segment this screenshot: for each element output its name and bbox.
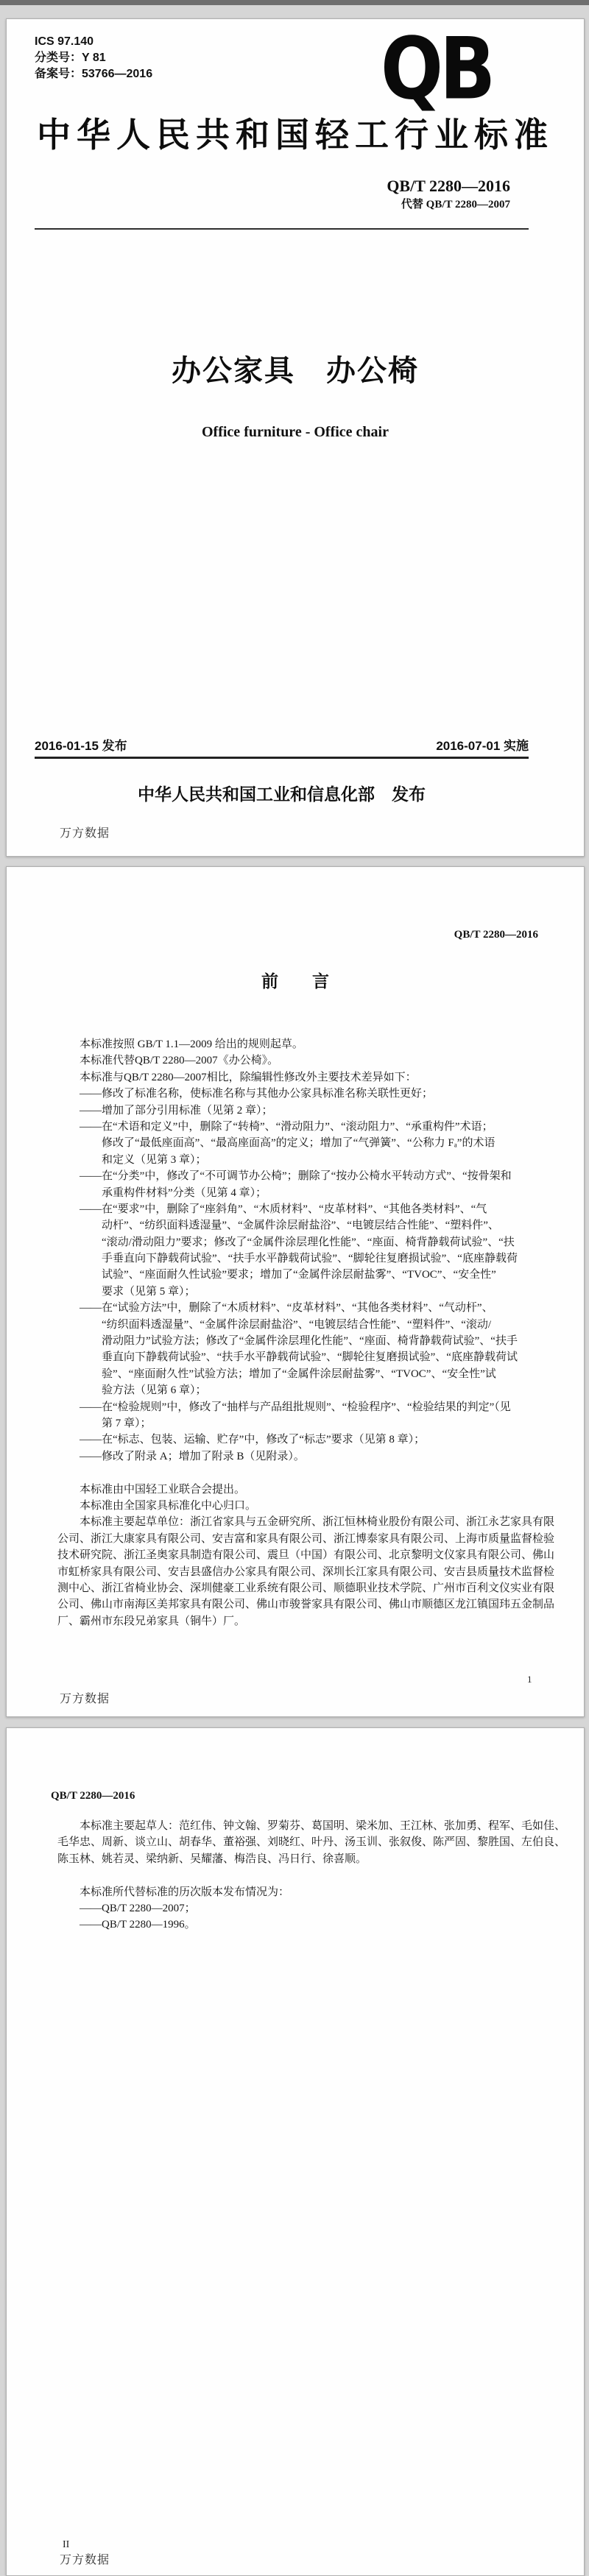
dates-row: 2016-01-15 发布 2016-07-01 实施	[35, 739, 529, 754]
text-line: 厂、霸州市东段兄弟家具（铜牛）厂。	[57, 1613, 543, 1630]
text-line: 本标准代替QB/T 2280—2007《办公椅》。	[57, 1052, 543, 1069]
header-rule	[35, 228, 529, 230]
text-line	[57, 1465, 543, 1481]
text-line: ——在“标志、包装、运输、贮存”中，修改了“标志”要求（见第 8 章）；	[57, 1432, 543, 1448]
text-line	[57, 1867, 543, 1883]
text-line: 陈玉林、姚若灵、梁纳新、吴耀藩、梅浩良、冯日行、徐喜顺。	[57, 1851, 543, 1867]
drafters-body: 本标准主要起草人：范红伟、钟文翰、罗菊芬、葛国明、梁米加、王江林、张加勇、程军、…	[57, 1818, 543, 1933]
qb-logo: QB	[381, 31, 492, 107]
text-line: 动杆”、“纺织面料透湿量”、“金属件涂层耐盐浴”、“电镀层结合性能”、“塑料件”…	[57, 1217, 543, 1234]
classification-number: 分类号：Y 81	[35, 50, 152, 66]
wanfang-watermark: 万方数据	[60, 2554, 110, 2567]
foreword-page: QB/T 2280—2016 前 言 本标准按照 GB/T 1.1—2009 给…	[6, 866, 585, 1717]
text-line: 毛华忠、周新、谈立山、胡春华、董裕强、刘晓红、叶丹、汤玉训、张叙俊、陈严固、黎胜…	[57, 1834, 543, 1850]
standard-title-cn: 办公家具 办公椅	[7, 355, 584, 387]
viewer-top-edge	[0, 0, 589, 5]
ics-code: ICS 97.140	[35, 34, 152, 50]
text-line: 本标准主要起草单位：浙江省家具与五金研究所、浙江恒林椅业股份有限公司、浙江永艺家…	[57, 1514, 543, 1530]
issuing-authority: 中华人民共和国工业和信息化部 发布	[35, 785, 529, 804]
text-line: 要求（见第 5 章）；	[57, 1284, 543, 1300]
text-line: ——在“分类”中，修改了“不可调节办公椅”；删除了“按办公椅水平转动方式”、“按…	[57, 1168, 543, 1184]
standard-code: QB/T 2280—2016	[387, 177, 510, 195]
text-line: 本标准主要起草人：范红伟、钟文翰、罗菊芬、葛国明、梁米加、王江林、张加勇、程军、…	[57, 1818, 543, 1834]
implementation-date: 2016-07-01 实施	[436, 739, 529, 754]
issue-date: 2016-01-15 发布	[35, 739, 127, 754]
record-number: 备案号：53766—2016	[35, 66, 152, 82]
text-line: ——在“检验规则”中，修改了“抽样与产品组批规则”、“检验程序”、“检验结果的判…	[57, 1399, 543, 1415]
wanfang-watermark: 万方数据	[60, 1693, 110, 1706]
standard-type-title: 中华人民共和国轻工行业标准	[7, 115, 584, 155]
text-line: 承重构件材料”分类（见第 4 章）；	[57, 1185, 543, 1201]
text-line: 本标准所代替标准的历次版本发布情况为：	[57, 1884, 543, 1900]
page-number: 1	[527, 1674, 532, 1685]
text-line: ——在“要求”中，删除了“座斜角”、“木质材料”、“皮革材料”、“其他各类材料”…	[57, 1201, 543, 1217]
text-line: 本标准由中国轻工业联合会提出。	[57, 1482, 543, 1498]
drafters-page: QB/T 2280—2016 本标准主要起草人：范红伟、钟文翰、罗菊芬、葛国明、…	[6, 1727, 585, 2576]
text-line: 验方法（见第 6 章）；	[57, 1382, 543, 1398]
text-line: 手垂直向下静载荷试验”、“扶手水平静载荷试验”、“脚轮往复磨损试验”、“底座静载…	[57, 1250, 543, 1267]
text-line: ——QB/T 2280—2007；	[57, 1900, 543, 1917]
text-line: 本标准按照 GB/T 1.1—2009 给出的规则起草。	[57, 1036, 543, 1052]
page-header-standard-code: QB/T 2280—2016	[51, 1789, 135, 1802]
replaces-note: 代替 QB/T 2280—2007	[387, 198, 510, 211]
page-number: II	[63, 2539, 69, 2551]
text-line: 滑动阻力”试验方法；修改了“金属件涂层理化性能”、“座面、椅背静载荷试验”、“扶…	[57, 1333, 543, 1349]
standard-title-en: Office furniture - Office chair	[7, 423, 584, 441]
text-line: ——在“试验方法”中，删除了“木质材料”、“皮革材料”、“其他各类材料”、“气动…	[57, 1300, 543, 1316]
scanned-standard-document: { "document": { "watermark": "万方数据" }, "…	[0, 0, 589, 2576]
text-line: 修改了“最低座面高”、“最高座面高”的定义；增加了“气弹簧”、“公称力 Fₐ”的…	[57, 1135, 543, 1151]
text-line: 公司、佛山市南海区美邦家具有限公司、佛山市骏誉家具有限公司、佛山市顺德区龙江镇国…	[57, 1596, 543, 1613]
text-line: 验”、“座面耐久性”试验方法；增加了“金属件涂层耐盐雾”、“TVOC”、“安全性…	[57, 1366, 543, 1382]
text-line: ——QB/T 2280—1996。	[57, 1917, 543, 1933]
text-line: ——在“术语和定义”中，删除了“转椅”、“滑动阻力”、“滚动阻力”、“承重构件”…	[57, 1119, 543, 1135]
standard-code-block: QB/T 2280—2016 代替 QB/T 2280—2007	[387, 177, 510, 211]
cover-info-block: ICS 97.140 分类号：Y 81 备案号：53766—2016	[35, 34, 152, 82]
foreword-body: 本标准按照 GB/T 1.1—2009 给出的规则起草。本标准代替QB/T 22…	[57, 1036, 543, 1630]
foreword-title: 前 言	[7, 972, 584, 991]
text-line: 技术研究院、浙江圣奥家具制造有限公司、震旦（中国）有限公司、北京黎明文仪家具有限…	[57, 1547, 543, 1563]
text-line: 第 7 章）；	[57, 1415, 543, 1432]
text-line: 本标准与QB/T 2280—2007相比，除编辑性修改外主要技术差异如下：	[57, 1069, 543, 1086]
text-line: 垂直向下静载荷试验”、“扶手水平静载荷试验”、“脚轮往复磨损试验”、“底座静载荷…	[57, 1349, 543, 1365]
page-header-standard-code: QB/T 2280—2016	[454, 928, 538, 941]
text-line: 本标准由全国家具标准化中心归口。	[57, 1498, 543, 1514]
text-line: “滚动/滑动阻力”要求；修改了“金属件涂层理化性能”、“座面、椅背静载荷试验”、…	[57, 1234, 543, 1250]
text-line: 市虹桥家具有限公司、安吉县盛信办公家具有限公司、深圳长江家具有限公司、安吉县质量…	[57, 1564, 543, 1580]
wanfang-watermark: 万方数据	[60, 827, 110, 841]
text-line: 试验”、“座面耐久性试验”要求；增加了“金属件涂层耐盐雾”、“TVOC”、“安全…	[57, 1267, 543, 1283]
text-line: 测中心、浙江省椅业协会、深圳健豪工业系统有限公司、顺德职业技术学院、广州市百利文…	[57, 1580, 543, 1596]
text-line: ——增加了部分引用标准（见第 2 章）；	[57, 1103, 543, 1119]
text-line: 公司、浙江大康家具有限公司、安吉富和家具有限公司、浙江博泰家具有限公司、上海市质…	[57, 1531, 543, 1547]
footer-rule	[35, 757, 529, 759]
cover-page: ICS 97.140 分类号：Y 81 备案号：53766—2016 QB 中华…	[6, 18, 585, 857]
text-line: 和定义（见第 3 章）；	[57, 1152, 543, 1168]
text-line: ——修改了附录 A；增加了附录 B（见附录）。	[57, 1448, 543, 1465]
text-line: “纺织面料透湿量”、“金属件涂层耐盐浴”、“电镀层结合性能”、“塑料件”、“滚动…	[57, 1317, 543, 1333]
text-line: ——修改了标准名称，使标准名称与其他办公家具标准名称关联性更好；	[57, 1086, 543, 1102]
